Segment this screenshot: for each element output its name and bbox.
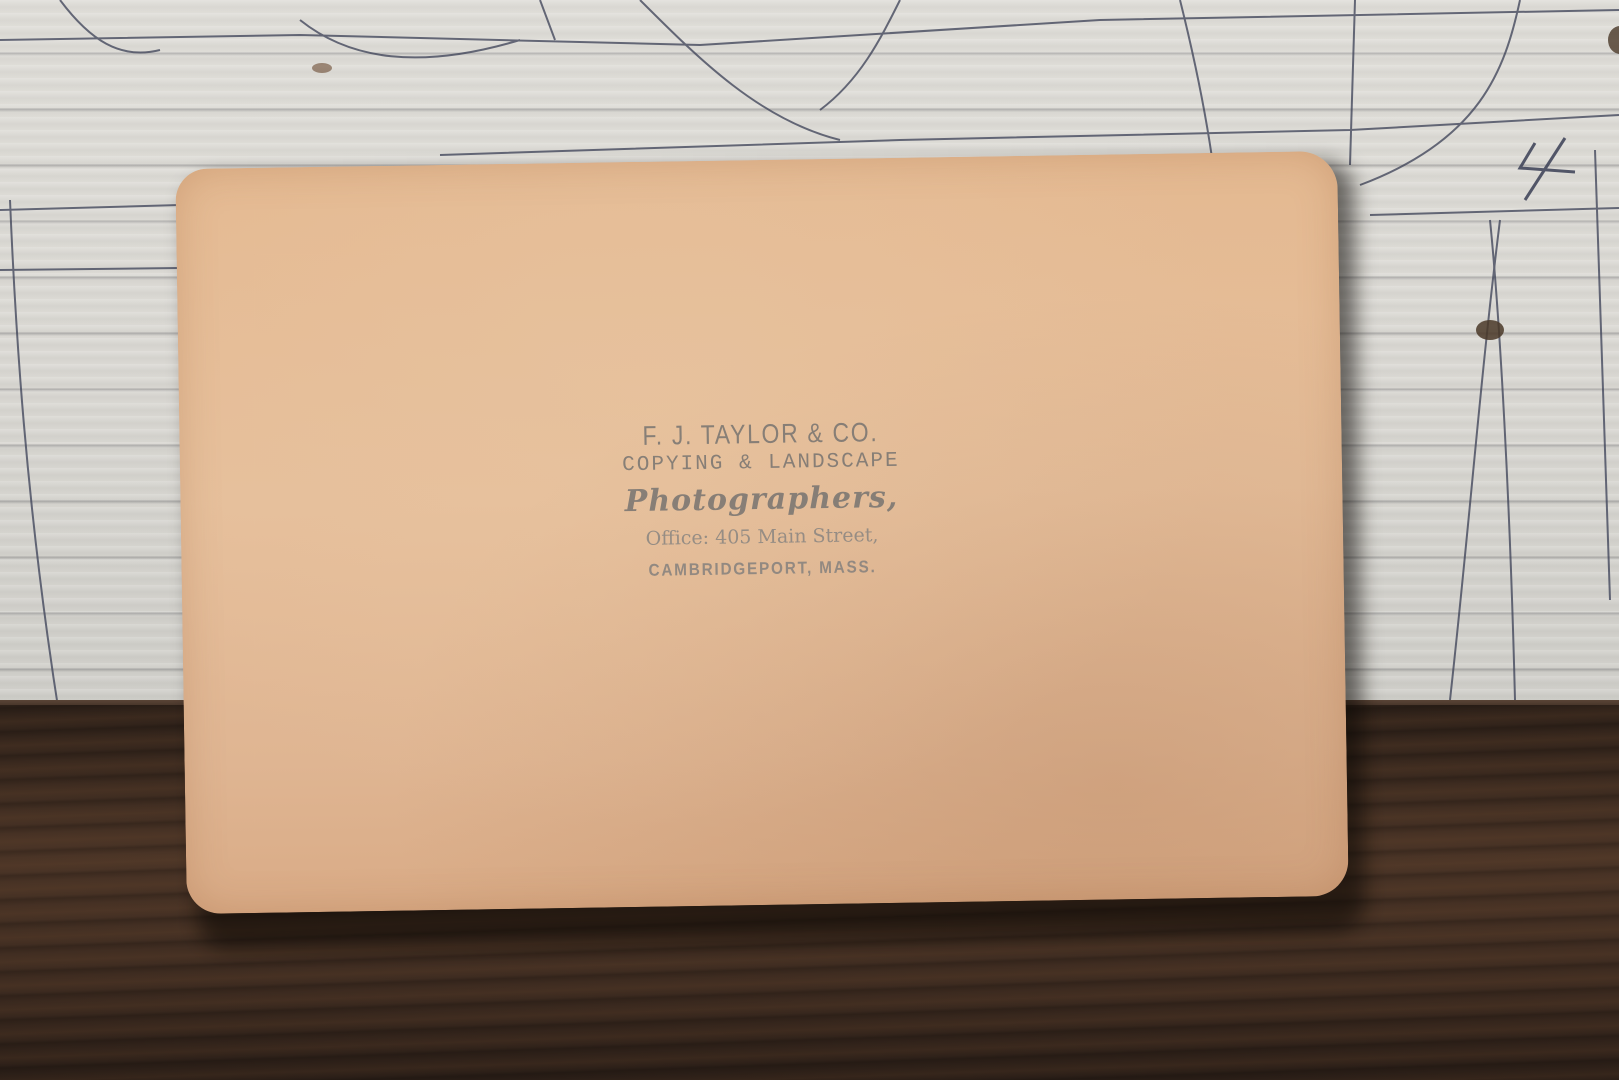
handwritten-number-4 [1520, 138, 1575, 200]
cabinet-card-back: F. J. TAYLOR & CO. COPYING & LANDSCAPE P… [175, 151, 1349, 914]
photographer-imprint: F. J. TAYLOR & CO. COPYING & LANDSCAPE P… [179, 409, 1343, 595]
